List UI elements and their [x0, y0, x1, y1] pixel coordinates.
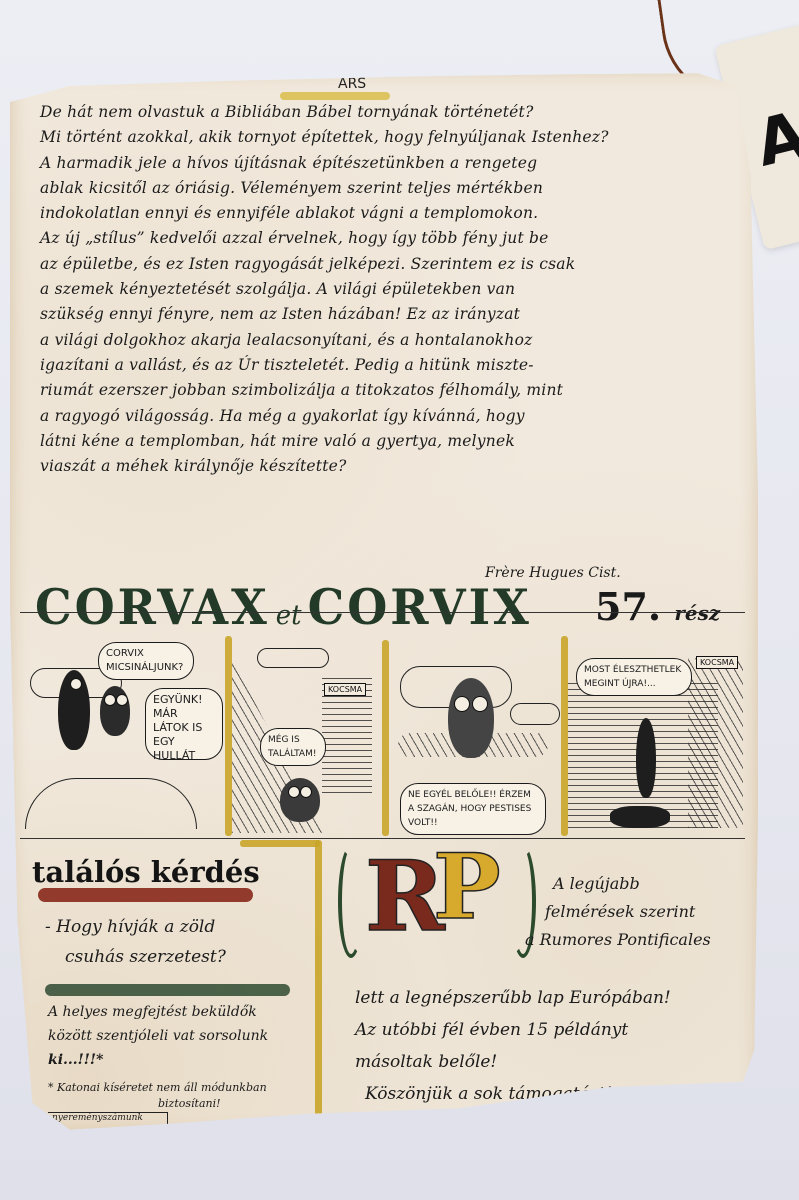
article-line: riumát ezerszer jobban szimbolizálja a t…	[40, 378, 740, 403]
panel-divider	[382, 640, 389, 836]
dead-raven	[610, 806, 670, 828]
raven-corvix	[100, 686, 130, 736]
announcement-line: a Rumores Pontificales	[525, 926, 755, 954]
announcement-line: Az utóbbi fél évben 15 példányt	[355, 1014, 755, 1046]
green-brush-stroke	[45, 984, 290, 996]
cloud-drawing	[510, 703, 560, 725]
riddle-answer-line: között szentjóleli vat sorsolunk	[48, 1024, 268, 1048]
riddle-stamp: nyereményszámunk	[48, 1112, 168, 1127]
article-line: szükség ennyi fényre, nem az Isten házáb…	[40, 302, 740, 327]
speech-bubble: CORVIX MICSINÁLJUNK?	[98, 642, 194, 680]
article-line: az épületbe, és ez Isten ragyogását jelk…	[40, 252, 740, 277]
comic-top-rule	[20, 612, 745, 613]
title-et: et	[276, 600, 302, 632]
article-line: látni kéne a templomban, hát mire való a…	[40, 429, 740, 454]
panel-divider	[225, 636, 232, 836]
comic-bottom-rule	[20, 838, 745, 839]
announcement-body: lett a legnépszerűbb lap Európában! Az u…	[355, 952, 755, 1110]
announcement-line: Köszönjük a sok támogatást!	[355, 1078, 755, 1110]
article-line: a ragyogó világosság. Ha még a gyakorlat…	[40, 404, 740, 429]
article-line: igazítani a vallást, és az Úr tiszteleté…	[40, 353, 740, 378]
section-highlight	[280, 92, 390, 100]
speech-bubble: NE EGYÉL BELŐLE!! ÉRZEM A SZAGÁN, HOGY P…	[400, 783, 546, 835]
article-line: De hát nem olvastuk a Bibliában Bábel to…	[40, 100, 740, 125]
title-corvax: CORVAX	[35, 579, 270, 636]
raven-flying	[448, 678, 494, 758]
article-line: A harmadik jele a hívos újításnak építés…	[40, 151, 740, 176]
riddle-answer: A helyes megfejtést beküldők között szen…	[48, 1000, 268, 1072]
tavern-building	[688, 658, 743, 828]
raven-standing	[636, 718, 656, 798]
comic-panel-2: KOCSMA MÉG IS TALÁLTAM!	[232, 638, 382, 838]
announcement-line: lett a legnépszerűbb lap Európában!	[355, 982, 755, 1014]
riddle-question-line: csuhás szerzetest?	[45, 942, 226, 972]
riddle-answer-line: ki...!!!*	[48, 1048, 268, 1072]
article-line: ablak kicsitől az óriásig. Véleményem sz…	[40, 176, 740, 201]
episode-number: 57. rész	[595, 584, 720, 629]
footnote-line: biztosítani!	[48, 1096, 267, 1112]
article-text: De hát nem olvastuk a Bibliában Bábel to…	[40, 100, 740, 479]
announcement-line: felmérések szerint	[545, 898, 755, 926]
section-divider	[315, 840, 322, 1130]
logo-letter-p: P	[433, 834, 501, 940]
hill-drawing	[25, 778, 197, 829]
speech-bubble: MOST ÉLESZTHETLEK MEGINT ÚJRA!...	[576, 658, 692, 696]
article-line: a szemek kényeztetését szolgálja. A vilá…	[40, 277, 740, 302]
speech-bubble: EGYÜNK! MÁR LÁTOK IS EGY HULLÁT	[145, 688, 223, 760]
riddle-question: - Hogy hívják a zöld csuhás szerzetest?	[45, 912, 226, 972]
article-line: a világi dolgokhoz akarja lealacsonyítan…	[40, 328, 740, 353]
cloud-drawing	[257, 648, 329, 668]
tag-brush-lettering: A	[749, 98, 799, 182]
handmade-paper-sheet: ARS De hát nem olvastuk a Bibliában Bábe…	[10, 70, 758, 1135]
announcement-line: másoltak belőle!	[355, 1046, 755, 1078]
rp-logo: R P	[355, 840, 525, 950]
comic-title-row: CORVAXetCORVIX 57. rész	[35, 580, 755, 640]
article-line: viaszát a méhek királynője készítette?	[40, 454, 740, 479]
tavern-sign: KOCSMA	[696, 656, 738, 669]
raven-corvax	[58, 670, 90, 750]
title-corvix: CORVIX	[308, 579, 532, 636]
riddle-question-line: - Hogy hívják a zöld	[45, 912, 226, 942]
tavern-sign: KOCSMA	[324, 683, 366, 696]
riddle-title: találós kérdés	[32, 855, 260, 889]
article-line: Mi történt azokkal, akik tornyot épített…	[40, 125, 740, 150]
comic-title: CORVAXetCORVIX	[35, 579, 532, 636]
section-label: ARS	[338, 76, 366, 92]
raven-flapping	[280, 778, 320, 822]
footnote-line: * Katonai kíséretet nem áll módunkban	[48, 1080, 267, 1096]
article-line: indokolatlan ennyi és ennyiféle ablakot …	[40, 201, 740, 226]
comic-panel-3: NE EGYÉL BELŐLE!! ÉRZEM A SZAGÁN, HOGY P…	[390, 638, 560, 838]
comic-panel-1: CORVIX MICSINÁLJUNK? EGYÜNK! MÁR LÁTOK I…	[20, 638, 225, 838]
panel-divider	[561, 636, 568, 836]
announcement-line: A legújabb	[545, 870, 755, 898]
episode-label: rész	[674, 601, 720, 625]
riddle-footnote: * Katonai kíséretet nem áll módunkban bi…	[48, 1080, 267, 1112]
riddle-answer-line: A helyes megfejtést beküldők	[48, 1000, 268, 1024]
comic-panel-4: KOCSMA MOST ÉLESZTHETLEK MEGINT ÚJRA!...	[568, 638, 748, 838]
episode-num: 57.	[595, 584, 661, 629]
speech-bubble: MÉG IS TALÁLTAM!	[260, 728, 326, 766]
red-brush-stroke	[38, 888, 253, 902]
announcement-intro: A legújabb felmérések szerint a Rumores …	[545, 870, 755, 954]
article-line: Az új „stílus” kedvelői azzal érvelnek, …	[40, 226, 740, 251]
section-divider	[240, 840, 320, 847]
